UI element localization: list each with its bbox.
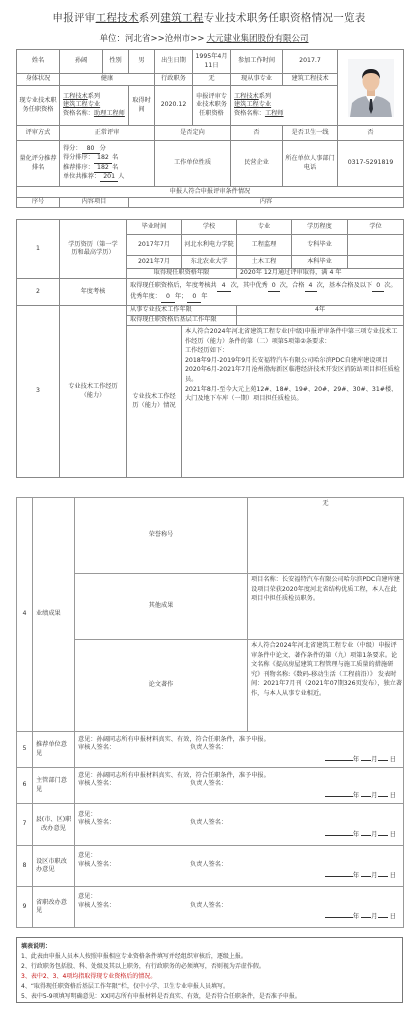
edu-cell: 东北农业大学 (182, 256, 237, 269)
score-rank-prefix: 得分排序： (63, 154, 94, 161)
day-label: 日 (390, 912, 396, 920)
opinion-label: 省职改办意见 (33, 887, 75, 928)
obtain-time-value: 2020.12 (155, 86, 193, 126)
gender-label: 性别 (103, 50, 129, 74)
edu-cell (348, 235, 404, 256)
date-line: 年 月 日 (78, 755, 402, 764)
paper-label: 论文著作 (75, 640, 248, 732)
day-label: 日 (390, 871, 396, 879)
apply-qual-label: 申报评审专业技术职务任职资格 (193, 86, 231, 126)
achievements-table: 4 业绩成果 荣誉称号 无 其他成果 项目名称：长安福特汽车有限公司哈尔滨PDC… (16, 497, 404, 928)
current-major-value: 建筑工程技术 (283, 74, 338, 86)
current-qual-label: 现专业技术职务任职资格 (17, 86, 60, 126)
gender-value: 男 (129, 50, 155, 74)
title-prefix: 申报评审 (52, 12, 95, 24)
opinion-row: 5 推荐单位意见 意见：孙阔同志所有申报材料真实、有效，符合任职条件，准予申报。… (17, 732, 404, 768)
month-label: 月 (371, 830, 377, 838)
opinion-seq: 6 (17, 768, 33, 804)
instruction-item: 2、行政职务包括股、科、处级及其以上职务，有行政职务的必须填写，否则视为弄虚作假… (21, 962, 398, 972)
unit-total-prefix: 单位共推荐： (63, 173, 100, 180)
score-rank-value: 182 (94, 154, 112, 163)
opinion-text: 意见： (78, 852, 402, 860)
obtain-time-label: 取得时间 (129, 86, 155, 126)
opinion-text: 意见：孙阔同志所有申报材料真实、有效，符合任职条件，准予申报。 (78, 736, 402, 744)
main-table: 姓名 孙阔 性别 男 出生日期 1995年4月11日 参加工作时间 2017.7 (16, 49, 404, 208)
admin-post-label: 行政职务 (155, 74, 193, 86)
other-value: 项目名称：长安福特汽车有限公司哈尔滨PDC自建库建设项目荣获2020年度河北省结… (248, 574, 404, 640)
avatar (338, 59, 403, 117)
title-mid: 系列 (139, 12, 161, 24)
health-frontline-label: 是否卫生一线 (283, 126, 338, 141)
annual-below: 0 (372, 281, 384, 292)
annual-t2: 次，其中优秀 (231, 282, 268, 289)
edu-cell (348, 256, 404, 269)
qual-years-year: 2020年 (240, 269, 262, 276)
opinion-seq: 9 (17, 887, 33, 928)
qual-years-month: 12 (264, 269, 272, 276)
opinion-row: 6 主管部门意见 意见：孙阔同志所有申报材料真实、有效，符合任职条件，准予申报。… (17, 768, 404, 804)
reviewer-signature-label: 审核人签名： (78, 861, 190, 869)
opinion-content: 意见：孙阔同志所有申报材料真实、有效，符合任职条件，准予申报。 审核人签名：负责… (75, 732, 404, 768)
qual-years-text: 月通过评审取得，满 (272, 269, 328, 276)
work-detail-line: 工作经历如下： (185, 346, 402, 356)
opinion-label: 县(市、区)职改办意见 (33, 804, 75, 846)
score-unit: 分 (100, 145, 106, 152)
achievements-seq: 4 (17, 498, 33, 732)
annual-content: 取得现任职资格后，年度考核共4次，其中优秀0次，合格4次，基本合格及以下0次。优… (127, 279, 404, 306)
qual-years-label: 取得现任职资格年限 (127, 269, 237, 279)
health-value: 健康 (60, 74, 155, 86)
qual-years-unit: 年 (335, 269, 341, 276)
edu-cell: 2017年7月 (127, 235, 182, 256)
annual-label: 年度考核 (60, 279, 127, 306)
edu-header-4: 学位 (348, 220, 404, 235)
annual-t6: 年； (175, 293, 187, 300)
title-suffix: 专业技术职务任职资格情况一览表 (204, 12, 366, 24)
date-line: 年 月 日 (78, 791, 402, 800)
date-line: 年 月 日 (78, 912, 402, 921)
edu-cell: 河北水利电力学院 (182, 235, 237, 256)
month-label: 月 (371, 871, 377, 879)
honor-value: 无 (248, 498, 404, 574)
year-label: 年 (353, 912, 359, 920)
qual-years-value: 2020年 12月通过评审取得，满 4 年 (237, 269, 404, 279)
edu-cell: 2021年7月 (127, 256, 182, 269)
annual-pass: 4 (305, 281, 317, 292)
conditions-title: 申报人符合申报评审条件情况 (17, 187, 404, 198)
page-title: 申报评审工程技术系列建筑工程专业技术职务任职资格情况一览表 (0, 11, 418, 25)
year-label: 年 (353, 830, 359, 838)
current-major-label: 现从事专业 (231, 74, 283, 86)
unit-total-unit: 人 (118, 173, 124, 180)
annual-year2: 0 (187, 292, 201, 303)
apply-qual-name: 工程师 (265, 110, 284, 117)
opinion-label: 推荐单位意见 (33, 732, 75, 768)
col-item-header: 内容项目 (60, 198, 129, 208)
opinion-content: 意见：孙阔同志所有申报材料真实、有效，符合任职条件，准予申报。 审核人签名：负责… (75, 768, 404, 804)
portrait-photo-icon (348, 59, 394, 117)
work-detail-line: 本人符合2024年河北省建筑工程专业(中级)申报评审条件中第三项专业技术工作经历… (185, 327, 402, 346)
work-detail-line: 2018年9月-2019年9月长安福特汽车有限公司哈尔滨PDC自建库建设项目 (185, 356, 402, 366)
unit-nature-label: 工作单位性质 (155, 141, 231, 187)
date-line: 年 月 日 (78, 830, 402, 839)
rec-rank-value: 182 (94, 164, 112, 173)
title-major: 建筑工程 (160, 12, 203, 24)
work-start-label: 参加工作时间 (231, 50, 283, 74)
unit-line: 单位：河北省>>沧州市>>大元建业集团股份有限公司 (0, 34, 418, 45)
leader-signature-label: 负责人签名： (190, 780, 227, 788)
month-label: 月 (371, 912, 377, 920)
edu-cell: 专科毕业 (292, 235, 348, 256)
annual-t1: 取得现任职资格后，年度考核共 (130, 282, 217, 289)
instruction-item: 5、表中5-9项填写明确意见：XX同志所有申报材料是否真实、有效，是否符合任职条… (21, 992, 398, 1002)
edu-cell: 土木工程 (237, 256, 292, 269)
edu-header-1: 学校 (182, 220, 237, 235)
paper-value: 本人符合2024年河北省建筑工程专业（中级）申报评审条件中论文、著作条件的第（九… (248, 640, 404, 732)
score-prefix: 得分： (63, 145, 82, 152)
opinion-row: 8 设区市职改办意见 意见： 审核人签名：负责人签名： 年 月 日 (17, 846, 404, 887)
work-label: 专业技术工作经历（能力） (60, 306, 127, 478)
instruction-item-highlight: 3、表中2、3、4项均指取得现专业资格后的情况。 (21, 972, 398, 982)
annual-excellent: 0 (268, 281, 280, 292)
work-years-label: 从事专业技术工作年限 (127, 306, 237, 316)
admin-post-value: 无 (193, 74, 231, 86)
work-detail-line: 2021年8月-至今大元上苑12#、18#、19#、20#、29#、30#、31… (185, 385, 402, 404)
name-label: 姓名 (17, 50, 60, 74)
year-label: 年 (353, 755, 359, 763)
year-label: 年 (353, 871, 359, 879)
unit-nature-value: 民营企业 (231, 141, 283, 187)
review-method-value: 正常评审 (60, 126, 155, 141)
apply-qual-series: 工程技术 (234, 93, 259, 100)
edu-header-3: 学历程度 (292, 220, 348, 235)
directed-value: 否 (231, 126, 283, 141)
score-block: 得分：80分 得分排序：182名 推荐排序：182名 单位共推荐：201人 (60, 141, 155, 187)
year-label: 年 (353, 791, 359, 799)
reviewer-signature-label: 审核人签名： (78, 819, 190, 827)
work-years-value: 4年 (237, 306, 404, 316)
work-seq: 3 (17, 306, 60, 478)
leader-signature-label: 负责人签名： (190, 861, 227, 869)
work-start-value: 2017.7 (283, 50, 338, 74)
opinion-label: 设区市职改办意见 (33, 846, 75, 887)
reviewer-signature-label: 审核人签名： (78, 744, 190, 752)
leader-signature-label: 负责人签名： (190, 902, 227, 910)
current-qual-series: 工程技术 (63, 93, 88, 100)
annual-t7: 年 (201, 293, 207, 300)
score-value: 80 (82, 145, 100, 154)
unit-total-value: 201 (100, 173, 118, 182)
rec-rank-prefix: 推荐排序： (63, 164, 94, 171)
unit-label: 单位：河北省>>沧州市>> (99, 34, 204, 44)
grassroots-label: 取得现任职资格后基层工作年限 (127, 316, 237, 326)
health-label: 身体状况 (17, 74, 60, 86)
directed-label: 是否定向 (155, 126, 231, 141)
edu-header-2: 专业 (237, 220, 292, 235)
name-value: 孙阔 (60, 50, 103, 74)
work-detail-line: 2020年6月-2021年7月沧州渤海新区临港经济技术开发区消防站项目担任质检员… (185, 365, 402, 384)
day-label: 日 (390, 791, 396, 799)
apply-qual-series-suffix: 系列 (259, 93, 271, 100)
apply-qual-major: 建筑工程专业 (234, 101, 271, 108)
day-label: 日 (390, 830, 396, 838)
qual-years-count: 4 (329, 269, 333, 276)
birth-value: 1995年4月11日 (193, 50, 231, 74)
review-method-label: 评审方式 (17, 126, 60, 141)
annual-seq: 2 (17, 279, 60, 306)
work-detail-label: 专业技术工作经历（能力）情况 (127, 326, 182, 478)
day-label: 日 (390, 755, 396, 763)
annual-t4: 次，基本合格及以下 (317, 282, 373, 289)
leader-signature-label: 负责人签名： (190, 819, 227, 827)
month-label: 月 (371, 755, 377, 763)
opinion-content: 意见： 审核人签名：负责人签名： 年 月 日 (75, 804, 404, 846)
grassroots-value (237, 316, 404, 326)
rank-unit: 名 (112, 154, 118, 161)
reviewer-signature-label: 审核人签名： (78, 780, 190, 788)
title-series: 工程技术 (96, 12, 139, 24)
edu-cell: 本科毕业 (292, 256, 348, 269)
opinion-seq: 7 (17, 804, 33, 846)
hr-phone-label: 所在单位人事部门电话 (283, 141, 338, 187)
other-label: 其他成果 (75, 574, 248, 640)
instructions-title: 填表说明： (21, 942, 398, 952)
apply-qual-value: 工程技术系列 建筑工程专业 资格名称：工程师 (231, 86, 338, 126)
instruction-item: 1、此表由申报人员本人按照申报相应专业资格条件填写并经组织审核后，逐级上报。 (21, 952, 398, 962)
annual-total: 4 (217, 281, 231, 292)
opinion-row: 9 省职改办意见 意见： 审核人签名：负责人签名： 年 月 日 (17, 887, 404, 928)
achievements-label: 业绩成果 (33, 498, 75, 732)
opinion-content: 意见： 审核人签名：负责人签名： 年 月 日 (75, 846, 404, 887)
current-qual-name: 助理工程师 (94, 110, 125, 117)
rank-unit-2: 名 (112, 164, 118, 171)
reviewer-signature-label: 审核人签名： (78, 902, 190, 910)
instructions-box: 填表说明： 1、此表由申报人员本人按照申报相应专业资格条件填写并经组织审核后，逐… (16, 937, 403, 1003)
col-seq-header: 序号 (17, 198, 60, 208)
birth-label: 出生日期 (155, 50, 193, 74)
instruction-item: 4、“取得现任职资格后基层工作年限”栏，仅中小学、卫生专业申报人员填写。 (21, 982, 398, 992)
opinion-text: 意见：孙阔同志所有申报材料真实、有效，符合任职条件，准予申报。 (78, 772, 402, 780)
annual-year1: 0 (161, 292, 175, 303)
photo-cell (338, 50, 404, 126)
current-qual-major: 建筑工程专业 (63, 101, 100, 108)
opinion-seq: 8 (17, 846, 33, 887)
month-label: 月 (371, 791, 377, 799)
opinion-content: 意见： 审核人签名：负责人签名： 年 月 日 (75, 887, 404, 928)
col-content-header: 内容 (129, 198, 404, 208)
health-frontline-value: 否 (338, 126, 404, 141)
edu-cell: 工程监理 (237, 235, 292, 256)
current-qual-name-label: 资格名称： (63, 110, 94, 117)
score-label: 量化评分推荐排名 (17, 141, 60, 187)
leader-signature-label: 负责人签名： (190, 744, 227, 752)
annual-t3: 次，合格 (280, 282, 305, 289)
opinion-label: 主管部门意见 (33, 768, 75, 804)
unit-name: 大元建业集团股份有限公司 (204, 34, 318, 44)
edu-header-0: 毕业时间 (127, 220, 182, 235)
date-line: 年 月 日 (78, 871, 402, 880)
opinion-text: 意见： (78, 811, 402, 819)
honor-label: 荣誉称号 (75, 498, 248, 574)
current-qual-series-suffix: 系列 (88, 93, 100, 100)
hr-phone-value: 0317-5291819 (338, 141, 404, 187)
opinion-seq: 5 (17, 732, 33, 768)
conditions-table: 1 学历资历（第一学历和最高学历） 毕业时间 学校 专业 学历程度 学位 201… (16, 219, 404, 478)
work-detail-content: 本人符合2024年河北省建筑工程专业(中级)申报评审条件中第三项专业技术工作经历… (182, 326, 404, 478)
edu-seq: 1 (17, 220, 60, 279)
current-qual-value: 工程技术系列 建筑工程专业 资格名称：助理工程师 (60, 86, 129, 126)
edu-label: 学历资历（第一学历和最高学历） (60, 220, 127, 279)
apply-qual-name-label: 资格名称： (234, 110, 265, 117)
opinion-text: 意见： (78, 893, 402, 901)
opinion-row: 7 县(市、区)职改办意见 意见： 审核人签名：负责人签名： 年 月 日 (17, 804, 404, 846)
